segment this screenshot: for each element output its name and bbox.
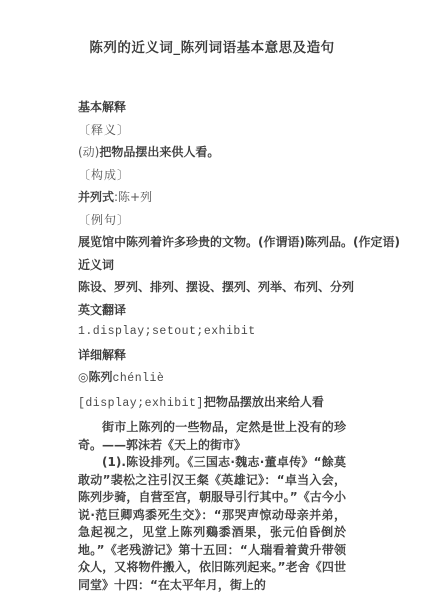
- entry-word: 陈列: [88, 370, 112, 384]
- goucheng-value: :陈+列: [114, 190, 152, 204]
- section-heading-detail: 详细解释: [78, 348, 346, 362]
- section-heading-english: 英文翻译: [78, 303, 346, 317]
- quote-paragraph: 街市上陈列的一些物品，定然是世上没有的珍奇。——郭沫若《天上的街市》: [78, 419, 346, 454]
- page-title: 陈列的近义词_陈列词语基本意思及造句: [0, 0, 424, 56]
- document-content: 基本解释 〔释义〕 (动)把物品摆出来供人看。 〔构成〕 并列式:陈+列 〔例句…: [78, 100, 346, 594]
- label-shiyi: 〔释义〕: [78, 123, 346, 137]
- shiyi-prefix: (动): [78, 145, 99, 159]
- entry-line: ◎陈列chénliè: [78, 370, 346, 386]
- section-heading-synonyms: 近义词: [78, 258, 346, 272]
- detail-paragraphs: 街市上陈列的一些物品，定然是世上没有的珍奇。——郭沫若《天上的街市》 (1).陈…: [78, 419, 346, 594]
- entry-definition-line: [display;exhibit]把物品摆放出来给人看: [78, 395, 346, 411]
- entry-marker: ◎: [78, 370, 88, 384]
- goucheng-term: 并列式: [78, 190, 114, 204]
- entry-pinyin: chénliè: [113, 372, 165, 385]
- document-page: 陈列的近义词_陈列词语基本意思及造句 基本解释 〔释义〕 (动)把物品摆出来供人…: [0, 0, 424, 600]
- label-liju: 〔例句〕: [78, 213, 346, 227]
- text-shiyi: (动)把物品摆出来供人看。: [78, 145, 346, 159]
- text-goucheng: 并列式:陈+列: [78, 190, 346, 204]
- shiyi-text: 把物品摆出来供人看。: [99, 145, 219, 159]
- label-goucheng: 〔构成〕: [78, 168, 346, 182]
- english-translation: 1.display;setout;exhibit: [78, 325, 346, 339]
- explain-paragraph: (1).陈设排列。《三国志·魏志·董卓传》“餘莫敢动”裴松之注引汉王粲《英雄记》…: [78, 454, 346, 594]
- synonyms-list: 陈设、罗列、排列、摆设、摆列、列举、布列、分列: [78, 280, 346, 294]
- section-heading-basic: 基本解释: [78, 100, 346, 114]
- entry-definition-chinese: 把物品摆放出来给人看: [204, 395, 324, 409]
- text-liju: 展览馆中陈列着许多珍贵的文物。(作谓语)陈列品。(作定语): [78, 235, 346, 249]
- entry-definition-english: [display;exhibit]: [78, 397, 204, 410]
